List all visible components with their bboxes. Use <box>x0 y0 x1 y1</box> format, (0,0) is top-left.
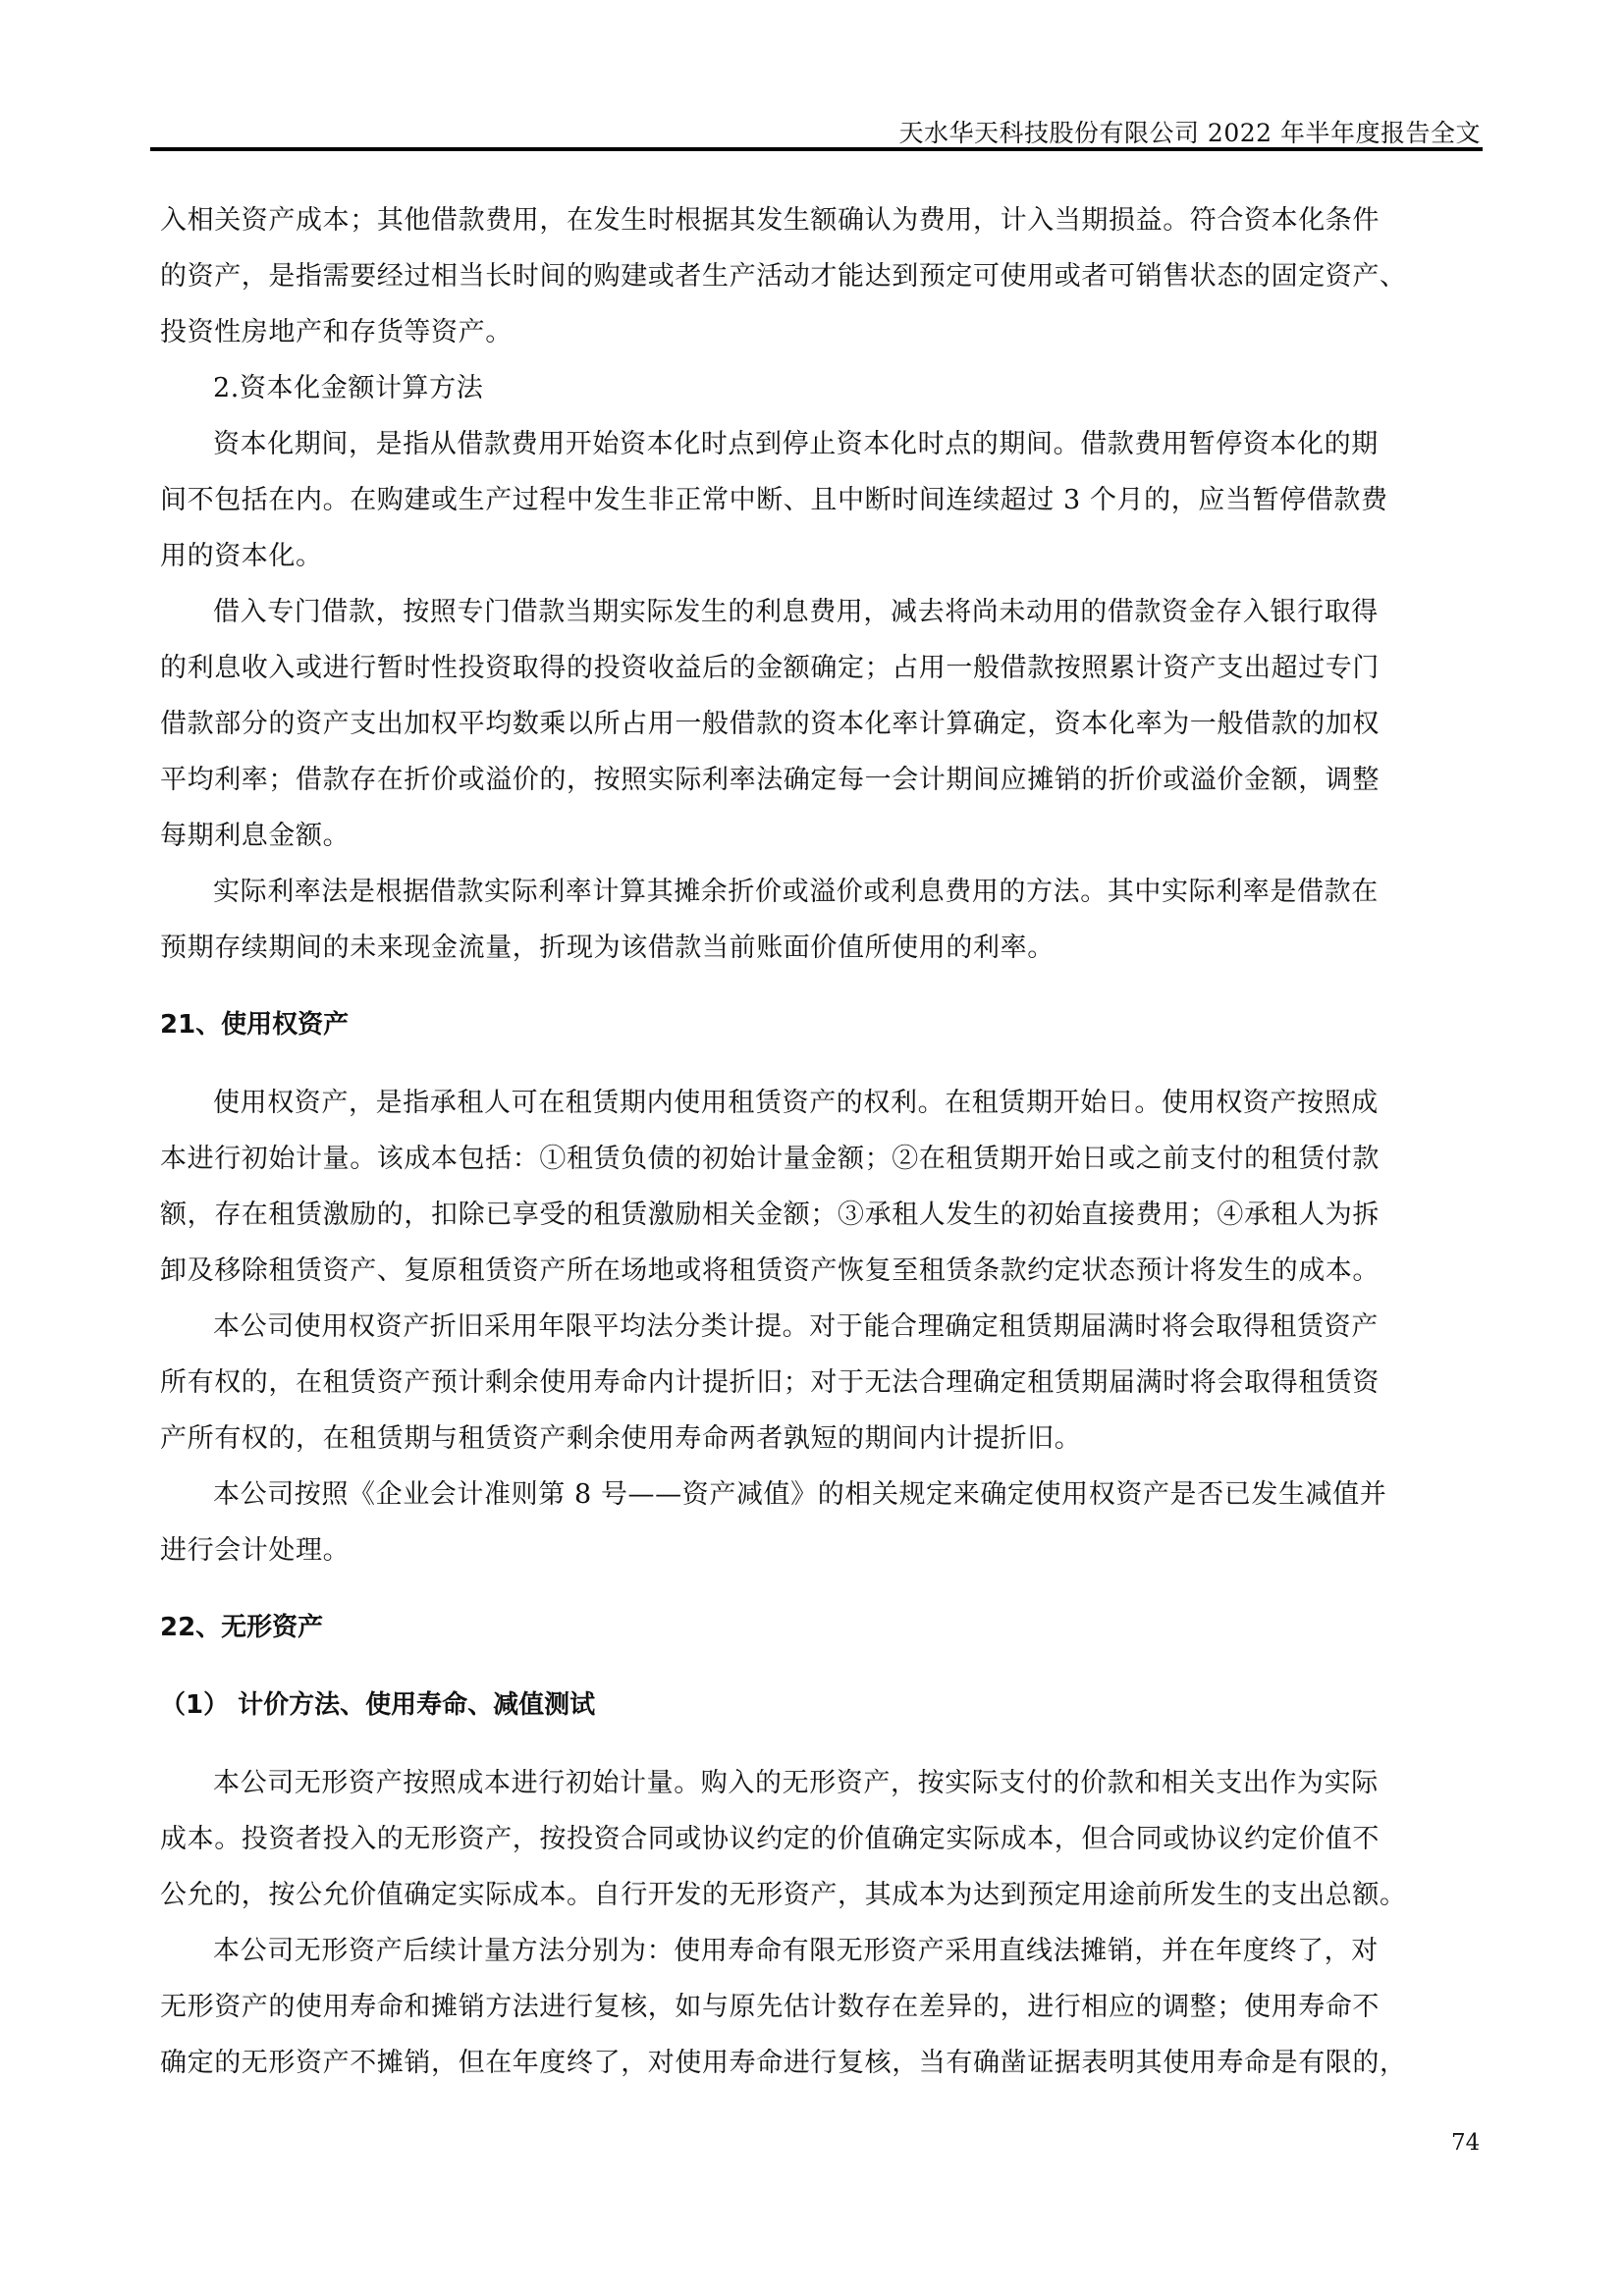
spacer <box>160 1656 1472 1678</box>
section-heading: （1） 计价方法、使用寿命、减值测试 <box>160 1678 1472 1734</box>
paragraph-line: 使用权资产，是指承租人可在租赁期内使用租赁资产的权利。在租赁期开始日。使用权资产… <box>160 1075 1472 1131</box>
paragraph-line: 公允的，按公允价值确定实际成本。自行开发的无形资产，其成本为达到预定用途前所发生… <box>160 1867 1472 1923</box>
paragraph-line: 额，存在租赁激励的，扣除已享受的租赁激励相关金额；③承租人发生的初始直接费用；④… <box>160 1187 1472 1243</box>
paragraph-line: 实际利率法是根据借款实际利率计算其摊余折价或溢价或利息费用的方法。其中实际利率是… <box>160 864 1472 920</box>
section-heading: 21、使用权资产 <box>160 997 1472 1053</box>
paragraph-line: 预期存续期间的未来现金流量，折现为该借款当前账面价值所使用的利率。 <box>160 920 1472 976</box>
paragraph-line: 借入专门借款，按照专门借款当期实际发生的利息费用，减去将尚未动用的借款资金存入银… <box>160 584 1472 640</box>
spacer <box>160 1053 1472 1075</box>
header-divider <box>150 147 1483 151</box>
paragraph-line: 产所有权的，在租赁期与租赁资产剩余使用寿命两者孰短的期间内计提折旧。 <box>160 1411 1472 1467</box>
paragraph-line: 本公司无形资产后续计量方法分别为：使用寿命有限无形资产采用直线法摊销，并在年度终… <box>160 1923 1472 1979</box>
paragraph-line: 卸及移除租赁资产、复原租赁资产所在场地或将租赁资产恢复至租赁条款约定状态预计将发… <box>160 1243 1472 1299</box>
paragraph-line: 借款部分的资产支出加权平均数乘以所占用一般借款的资本化率计算确定，资本化率为一般… <box>160 696 1472 752</box>
paragraph-line: 投资性房地产和存货等资产。 <box>160 304 1472 360</box>
document-body: 入相关资产成本；其他借款费用，在发生时根据其发生额确认为费用，计入当期损益。符合… <box>160 192 1472 2091</box>
paragraph-line: 本公司使用权资产折旧采用年限平均法分类计提。对于能合理确定租赁期届满时将会取得租… <box>160 1299 1472 1355</box>
paragraph-line: 的利息收入或进行暂时性投资取得的投资收益后的金额确定；占用一般借款按照累计资产支… <box>160 640 1472 696</box>
paragraph-line: 成本。投资者投入的无形资产，按投资合同或协议约定的价值确定实际成本，但合同或协议… <box>160 1811 1472 1867</box>
paragraph-line: 资本化期间，是指从借款费用开始资本化时点到停止资本化时点的期间。借款费用暂停资本… <box>160 416 1472 472</box>
document-header-title: 天水华天科技股份有限公司 2022 年半年度报告全文 <box>898 114 1481 149</box>
paragraph-line: 每期利息金额。 <box>160 808 1472 864</box>
paragraph-line: 本公司按照《企业会计准则第 8 号——资产减值》的相关规定来确定使用权资产是否已… <box>160 1467 1472 1522</box>
paragraph-line: 用的资本化。 <box>160 528 1472 584</box>
paragraph-line: 2.资本化金额计算方法 <box>160 360 1472 416</box>
paragraph-line: 确定的无形资产不摊销，但在年度终了，对使用寿命进行复核，当有确凿证据表明其使用寿… <box>160 2035 1472 2091</box>
paragraph-line: 的资产，是指需要经过相当长时间的购建或者生产活动才能达到预定可使用或者可销售状态… <box>160 248 1472 304</box>
spacer <box>160 1578 1472 1600</box>
paragraph-line: 无形资产的使用寿命和摊销方法进行复核，如与原先估计数存在差异的，进行相应的调整；… <box>160 1979 1472 2035</box>
spacer <box>160 976 1472 997</box>
page-number: 74 <box>1451 2130 1480 2156</box>
paragraph-line: 所有权的，在租赁资产预计剩余使用寿命内计提折旧；对于无法合理确定租赁期届满时将会… <box>160 1355 1472 1411</box>
paragraph-line: 进行会计处理。 <box>160 1522 1472 1578</box>
paragraph-line: 平均利率；借款存在折价或溢价的，按照实际利率法确定每一会计期间应摊销的折价或溢价… <box>160 752 1472 808</box>
paragraph-line: 入相关资产成本；其他借款费用，在发生时根据其发生额确认为费用，计入当期损益。符合… <box>160 192 1472 248</box>
paragraph-line: 本公司无形资产按照成本进行初始计量。购入的无形资产，按实际支付的价款和相关支出作… <box>160 1755 1472 1811</box>
paragraph-line: 本进行初始计量。该成本包括：①租赁负债的初始计量金额；②在租赁期开始日或之前支付… <box>160 1131 1472 1187</box>
spacer <box>160 1734 1472 1755</box>
section-heading: 22、无形资产 <box>160 1600 1472 1656</box>
paragraph-line: 间不包括在内。在购建或生产过程中发生非正常中断、且中断时间连续超过 3 个月的，… <box>160 472 1472 528</box>
